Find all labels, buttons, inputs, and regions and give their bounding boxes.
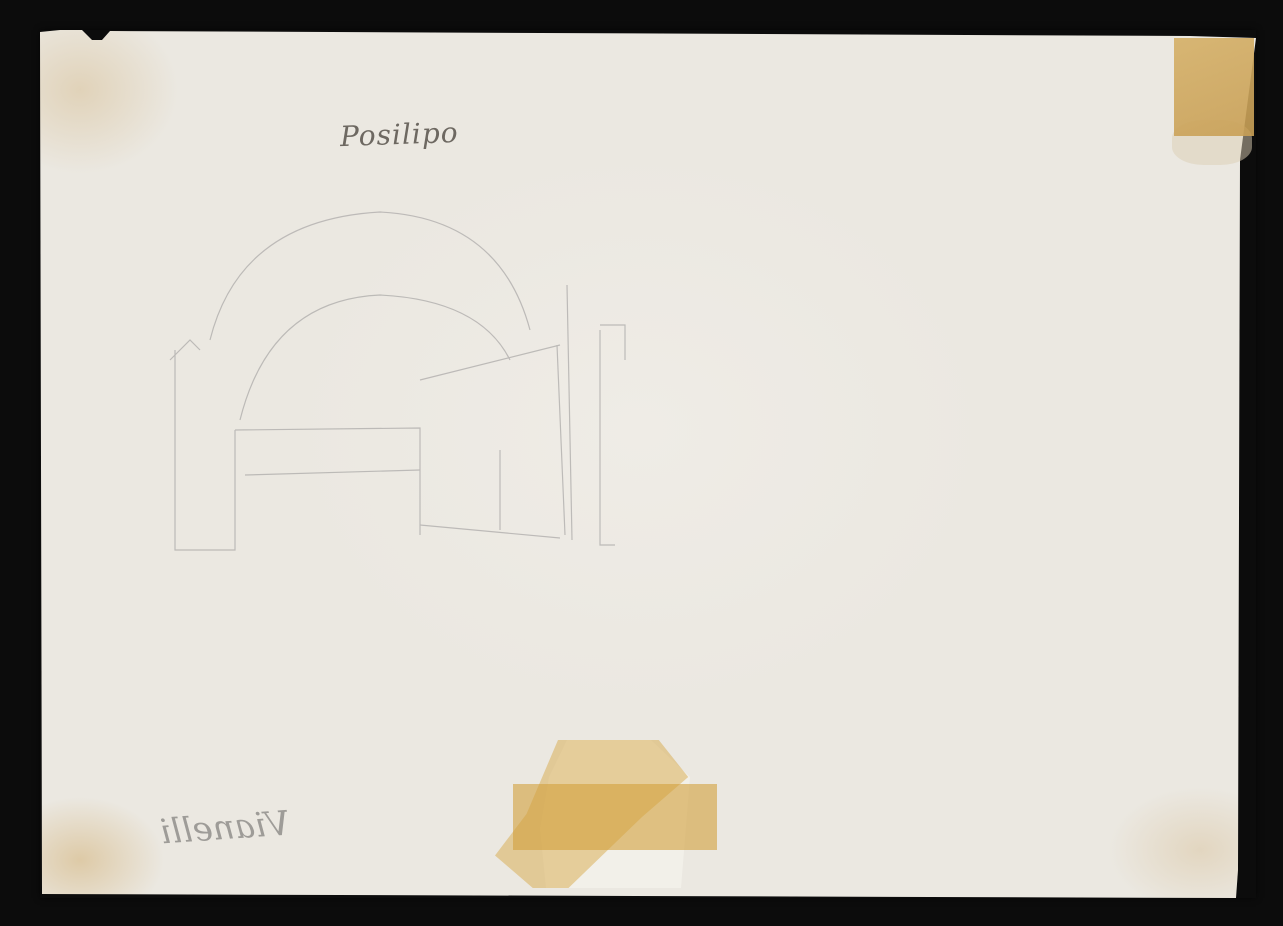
posilipo-handwritten-title: Posilipo (339, 116, 459, 153)
tape-top-right (1174, 38, 1254, 136)
tape-horizontal (513, 784, 717, 850)
